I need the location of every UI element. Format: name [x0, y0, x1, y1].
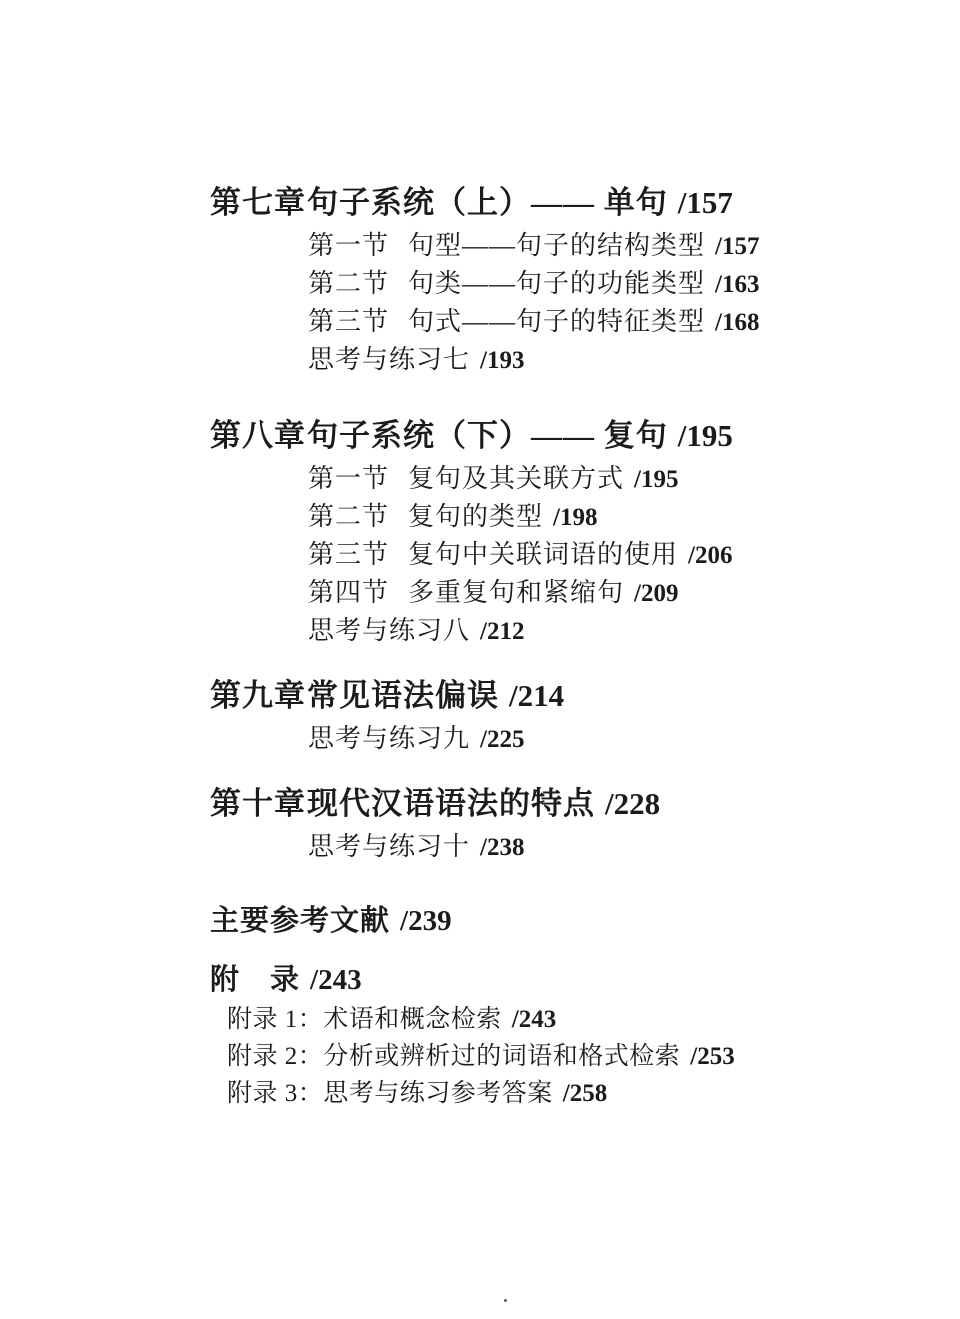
chapter-block-9: 第九章常见语法偏误/214 思考与练习九/225: [210, 679, 960, 753]
section-title: 复句的类型: [408, 502, 543, 531]
appendix-heading-row: 附 录/243: [210, 964, 960, 996]
chapter-page-number: /228: [605, 786, 660, 821]
section-page-number: /163: [715, 271, 759, 298]
section-page-number: /157: [715, 233, 759, 260]
chapter-page-number: /157: [678, 185, 733, 220]
chapter-page-number: /195: [678, 418, 733, 453]
section-row: 第二节复句的类型/198: [308, 504, 960, 531]
exercise-row: 思考与练习九/225: [308, 726, 960, 753]
scan-artifact-dot: [504, 1299, 507, 1302]
chapter-number: 第七章: [210, 186, 307, 220]
section-title: 复句及其关联方式: [408, 464, 624, 493]
chapter-title: 句子系统（下）—— 复句: [307, 418, 668, 453]
section-row: 第四节多重复句和紧缩句/209: [308, 580, 960, 607]
exercise-title: 思考与练习七: [308, 345, 470, 374]
exercise-title: 思考与练习十: [308, 832, 470, 861]
section-row: 第一节复句及其关联方式/195: [308, 466, 960, 493]
appendix-item: 附录 3：思考与练习参考答案/258: [227, 1081, 960, 1107]
references-row: 主要参考文献/239: [210, 905, 960, 937]
appendix-page-number: /243: [310, 964, 362, 996]
chapter-heading: 第八章句子系统（下）—— 复句/195: [210, 419, 960, 453]
section-page-number: /193: [480, 347, 524, 374]
section-page-number: /225: [480, 726, 524, 753]
chapter-number: 第八章: [210, 419, 307, 453]
chapter-heading: 第十章现代汉语语法的特点/228: [210, 787, 960, 821]
appendix-item: 附录 2：分析或辨析过的词语和格式检索/253: [227, 1044, 960, 1070]
section-page-number: /238: [480, 834, 524, 861]
exercise-row: 思考与练习七/193: [308, 347, 960, 374]
chapter-title: 句子系统（上）—— 单句: [307, 185, 668, 220]
references-title: 主要参考文献: [210, 905, 390, 937]
chapter-block-8: 第八章句子系统（下）—— 复句/195 第一节复句及其关联方式/195 第二节复…: [210, 419, 960, 645]
section-label: 第三节: [308, 307, 389, 336]
section-page-number: /168: [715, 309, 759, 336]
chapter-page-number: /214: [509, 678, 564, 713]
appendix-item-title: 附录 1：术语和概念检索: [227, 1006, 502, 1033]
chapter-title: 常见语法偏误: [307, 678, 499, 713]
exercise-row: 思考与练习八/212: [308, 618, 960, 645]
appendix-item: 附录 1：术语和概念检索/243: [227, 1007, 960, 1033]
appendix-item-page-number: /253: [690, 1043, 734, 1070]
section-label: 第三节: [308, 540, 389, 569]
section-title: 复句中关联词语的使用: [408, 540, 678, 569]
section-page-number: /209: [634, 580, 678, 607]
section-label: 第四节: [308, 578, 389, 607]
section-list: 思考与练习十/238: [308, 834, 960, 861]
section-row: 第一节句型——句子的结构类型/157: [308, 233, 960, 260]
references-page-number: /239: [400, 905, 452, 937]
toc-page: 第七章句子系统（上）—— 单句/157 第一节句型——句子的结构类型/157 第…: [0, 0, 960, 1319]
section-page-number: /212: [480, 618, 524, 645]
appendix-title: 附 录: [210, 964, 300, 996]
section-list: 第一节句型——句子的结构类型/157 第二节句类——句子的功能类型/163 第三…: [308, 233, 960, 374]
section-list: 第一节复句及其关联方式/195 第二节复句的类型/198 第三节复句中关联词语的…: [308, 466, 960, 645]
chapter-number: 第十章: [210, 787, 307, 821]
chapter-number: 第九章: [210, 679, 307, 713]
section-row: 第三节复句中关联词语的使用/206: [308, 542, 960, 569]
section-label: 第二节: [308, 502, 389, 531]
chapter-heading: 第七章句子系统（上）—— 单句/157: [210, 186, 960, 220]
chapter-title: 现代汉语语法的特点: [307, 786, 595, 821]
section-label: 第二节: [308, 269, 389, 298]
section-row: 第三节句式——句子的特征类型/168: [308, 309, 960, 336]
exercise-title: 思考与练习八: [308, 616, 470, 645]
exercise-title: 思考与练习九: [308, 724, 470, 753]
chapter-block-10: 第十章现代汉语语法的特点/228 思考与练习十/238: [210, 787, 960, 861]
section-page-number: /206: [688, 542, 732, 569]
section-page-number: /198: [553, 504, 597, 531]
section-label: 第一节: [308, 464, 389, 493]
appendix-list: 附录 1：术语和概念检索/243 附录 2：分析或辨析过的词语和格式检索/253…: [227, 1007, 960, 1107]
appendix-item-page-number: /243: [512, 1006, 556, 1033]
section-title: 多重复句和紧缩句: [408, 578, 624, 607]
section-list: 思考与练习九/225: [308, 726, 960, 753]
section-title: 句式——句子的特征类型: [408, 307, 705, 336]
chapter-heading: 第九章常见语法偏误/214: [210, 679, 960, 713]
appendix-item-page-number: /258: [563, 1080, 607, 1107]
appendix-item-title: 附录 3：思考与练习参考答案: [227, 1080, 553, 1107]
section-page-number: /195: [634, 466, 678, 493]
appendix-item-title: 附录 2：分析或辨析过的词语和格式检索: [227, 1043, 680, 1070]
section-title: 句类——句子的功能类型: [408, 269, 705, 298]
section-row: 第二节句类——句子的功能类型/163: [308, 271, 960, 298]
exercise-row: 思考与练习十/238: [308, 834, 960, 861]
section-label: 第一节: [308, 231, 389, 260]
chapter-block-7: 第七章句子系统（上）—— 单句/157 第一节句型——句子的结构类型/157 第…: [210, 186, 960, 374]
section-title: 句型——句子的结构类型: [408, 231, 705, 260]
